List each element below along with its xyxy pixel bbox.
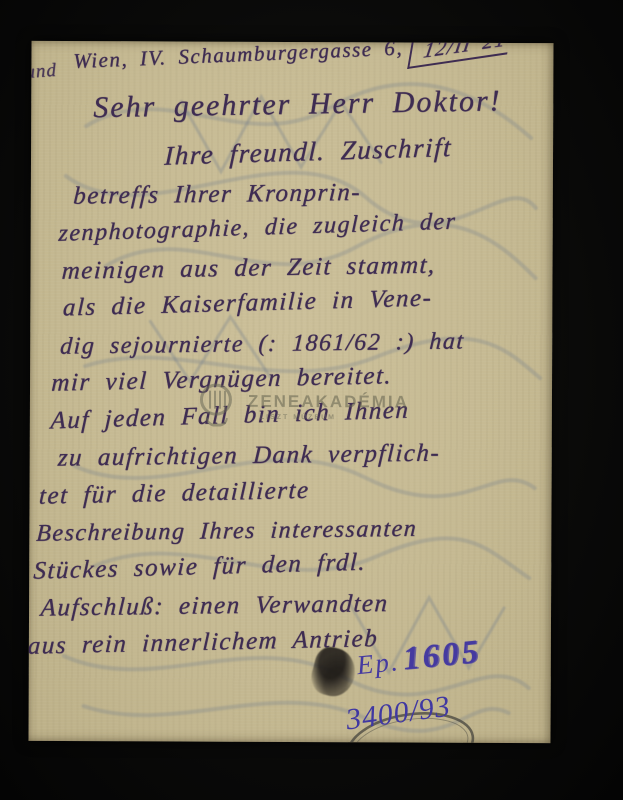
sender-address: Wien, IV. Schaumburgergasse 6, [73, 41, 404, 73]
letter-page: und Wien, IV. Schaumburgergasse 6,12/II … [28, 41, 553, 743]
letter-body: Ihre freundl. Zuschrift betreffs Ihrer K… [28, 141, 553, 668]
margin-note: und [28, 60, 57, 84]
oval-stamp-number: 3400/93 [343, 690, 453, 737]
salutation: Sehr geehrter Herr Doktor! [93, 84, 502, 125]
scan-viewer: { "colors": { "background": "#0b0b0a", "… [0, 0, 623, 800]
oval-library-stamp: Zeneművészeti Főiskola 3400/93 [308, 670, 519, 743]
letter-header: Wien, IV. Schaumburgergasse 6,12/II 21 [73, 41, 554, 77]
letter-date: 12/II 21 [407, 41, 512, 69]
archival-marks: Ep. 1605 Zeneművészeti Főiskola 3400/93 [308, 640, 539, 743]
letter-line: Ihre freundl. Zuschrift [57, 126, 553, 179]
